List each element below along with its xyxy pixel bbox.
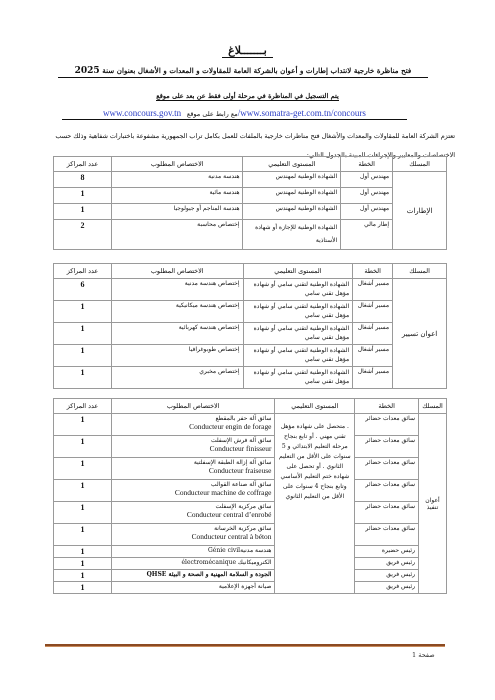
track-cell: أعوان تنفيذ [419, 414, 447, 594]
table-row: رئيس فريق الكتروميكانيك électromécanique… [54, 558, 447, 570]
page-number: صفحة 1 [412, 651, 435, 659]
registration-note: يتم التسجيل في المناظرة في مرحلة أولى فق… [0, 92, 495, 100]
registration-links: www.somatra-get.com.tn/concours/مع رابط … [62, 108, 407, 120]
execution-agents-table: المسلك الخطة المستوى التعليمي الاختصاص ا… [53, 398, 447, 594]
table-row: مسير أشغال الشهادة الوطنية لتقني سامي أو… [54, 367, 447, 389]
notice-headline: فتح مناظرة خارجية لانتداب إطارات و أعوان… [58, 66, 428, 78]
management-agents-table: المسلك الخطة المستوى التعليمي الاختصاص ا… [53, 263, 447, 389]
table-row: مسير أشغال الشهادة الوطنية لتقني سامي أو… [54, 323, 447, 345]
table-header-row: المسلك الخطة المستوى التعليمي الاختصاص ا… [54, 399, 447, 414]
table-row: أعوان تنفيذ سائق معدات حضائر . متحصل على… [54, 414, 447, 436]
table-row: سائق معدات حضائر سائق مركزية الخرسانةCon… [54, 524, 447, 546]
table-row: مهندس أول الشهادة الوطنية لمهندس هندسة ا… [54, 204, 447, 220]
concours-gov-link[interactable]: www.concours.gov.tn [103, 108, 181, 118]
table-row: سائق معدات حضائر سائق آلة إزالة الطبقة ا… [54, 458, 447, 480]
table-row: رئيس فريق صيانة أجهزة الإعلامية 1 [54, 582, 447, 594]
somatra-link[interactable]: www.somatra-get.com.tn/concours/ [238, 108, 366, 118]
track-cell: الإطارات [393, 172, 447, 250]
table-row: مهندس أول الشهادة الوطنية لمهندس هندسة م… [54, 188, 447, 204]
footer-rule [45, 644, 445, 647]
table-row: رئيس حضيرة هندسة مدنيةGénie civil 1 [54, 546, 447, 558]
table-row: إطار مالي الشهادة الوطنية للإجازة أو شها… [54, 220, 447, 250]
table-row: مسير أشغال الشهادة الوطنية لتقني سامي أو… [54, 301, 447, 323]
table-header-row: المسلك الخطة المستوى التعليمي الاختصاص ا… [54, 264, 447, 279]
col-specialty: الاختصاص المطلوب [111, 157, 243, 172]
education-cell: . متحصل على شهادة مؤهل تقني مهني . أو تا… [275, 414, 355, 594]
table-row: الإطارات مهندس أول الشهادة الوطنية لمهند… [54, 172, 447, 188]
headline-year: 2025 [75, 66, 100, 76]
table-row: سائق معدات حضائر سائق مركزية الإسفلتCond… [54, 502, 447, 524]
track-cell: اعوان تسيير [393, 279, 447, 389]
col-grade: الخطة [341, 157, 393, 172]
col-track: المسلك [393, 157, 447, 172]
col-education: المستوى التعليمي [243, 157, 341, 172]
col-positions: عدد المراكز [54, 157, 112, 172]
cadres-table: المسلك الخطة المستوى التعليمي الاختصاص ا… [53, 156, 447, 250]
notice-title: بـــــــلاغ [0, 44, 495, 57]
table-row: سائق معدات حضائر سائق آلة فرش الإسفلتCon… [54, 436, 447, 458]
document-page: بـــــــلاغ فتح مناظرة خارجية لانتداب إط… [0, 0, 495, 700]
table-row: مسير أشغال الشهادة الوطنية لتقني سامي أو… [54, 345, 447, 367]
table-header-row: المسلك الخطة المستوى التعليمي الاختصاص ا… [54, 157, 447, 172]
table-row: اعوان تسيير مسير أشغال الشهادة الوطنية ل… [54, 279, 447, 301]
table-row: رئيس فريق الجودة و السلامة المهنية و الص… [54, 570, 447, 582]
table-row: سائق معدات حضائر سائق آلة صناعة القوالبC… [54, 480, 447, 502]
